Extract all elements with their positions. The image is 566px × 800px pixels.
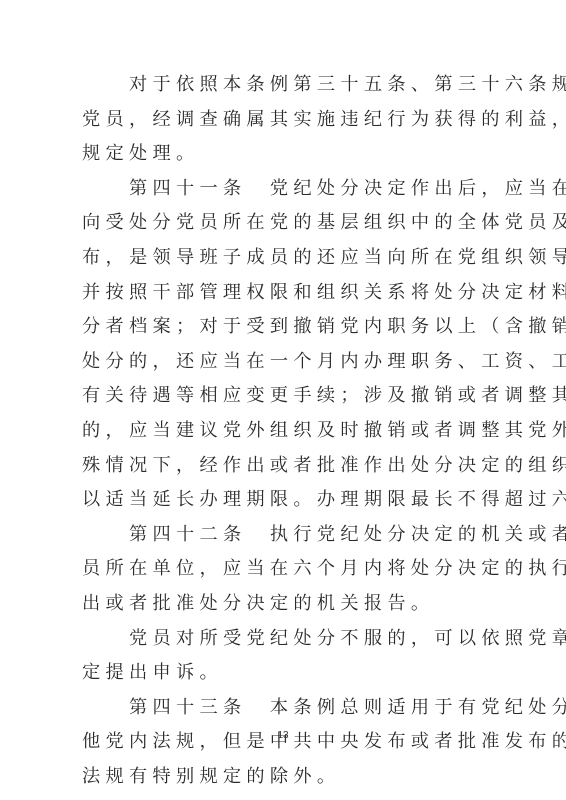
paragraph-line: 对于依照本条例第三十五条、第三十六条规定处理的 xyxy=(82,68,486,103)
paragraph-line: 分者档案；对于受到撤销党内职务以上（含撤销党内职务） xyxy=(82,310,486,345)
paragraph-line: 法规有特别规定的除外。 xyxy=(82,760,486,795)
paragraph-line: 以适当延长办理期限。办理期限最长不得超过六个月。 xyxy=(82,483,486,518)
paragraph-line: 定提出申诉。 xyxy=(82,656,486,691)
article-41-line: 第四十一条 党纪处分决定作出后，应当在一个月内 xyxy=(82,172,486,207)
paragraph-line: 处分的，还应当在一个月内办理职务、工资、工作及其他 xyxy=(82,345,486,380)
paragraph-line: 的，应当建议党外组织及时撤销或者调整其党外职务。特 xyxy=(82,414,486,449)
paragraph-line: 规定处理。 xyxy=(82,137,486,172)
paragraph-line: 出或者批准处分决定的机关报告。 xyxy=(82,587,486,622)
article-43-line: 第四十三条 本条例总则适用于有党纪处分规定的其 xyxy=(82,691,486,726)
paragraph-line: 党员对所受党纪处分不服的，可以依照党章及有关规 xyxy=(82,622,486,657)
paragraph-line: 员所在单位，应当在六个月内将处分决定的执行情况向作 xyxy=(82,552,486,587)
document-page: 对于依照本条例第三十五条、第三十六条规定处理的 党员，经调查确属其实施违纪行为获… xyxy=(0,0,566,800)
paragraph-line: 布，是领导班子成员的还应当向所在党组织领导班子宣布， xyxy=(82,241,486,276)
paragraph-line: 有关待遇等相应变更手续；涉及撤销或者调整其党外职务 xyxy=(82,379,486,414)
paragraph-line: 并按照干部管理权限和组织关系将处分决定材料归入受处 xyxy=(82,276,486,311)
document-body: 对于依照本条例第三十五条、第三十六条规定处理的 党员，经调查确属其实施违纪行为获… xyxy=(82,68,486,794)
paragraph-line: 向受处分党员所在党的基层组织中的全体党员及其本人宣 xyxy=(82,206,486,241)
paragraph-line: 殊情况下，经作出或者批准作出处分决定的组织批准，可 xyxy=(82,449,486,484)
paragraph-line: 党员，经调查确属其实施违纪行为获得的利益，依照本条 xyxy=(82,103,486,138)
page-number: 13 xyxy=(0,730,566,741)
article-42-line: 第四十二条 执行党纪处分决定的机关或者受处分党 xyxy=(82,518,486,553)
